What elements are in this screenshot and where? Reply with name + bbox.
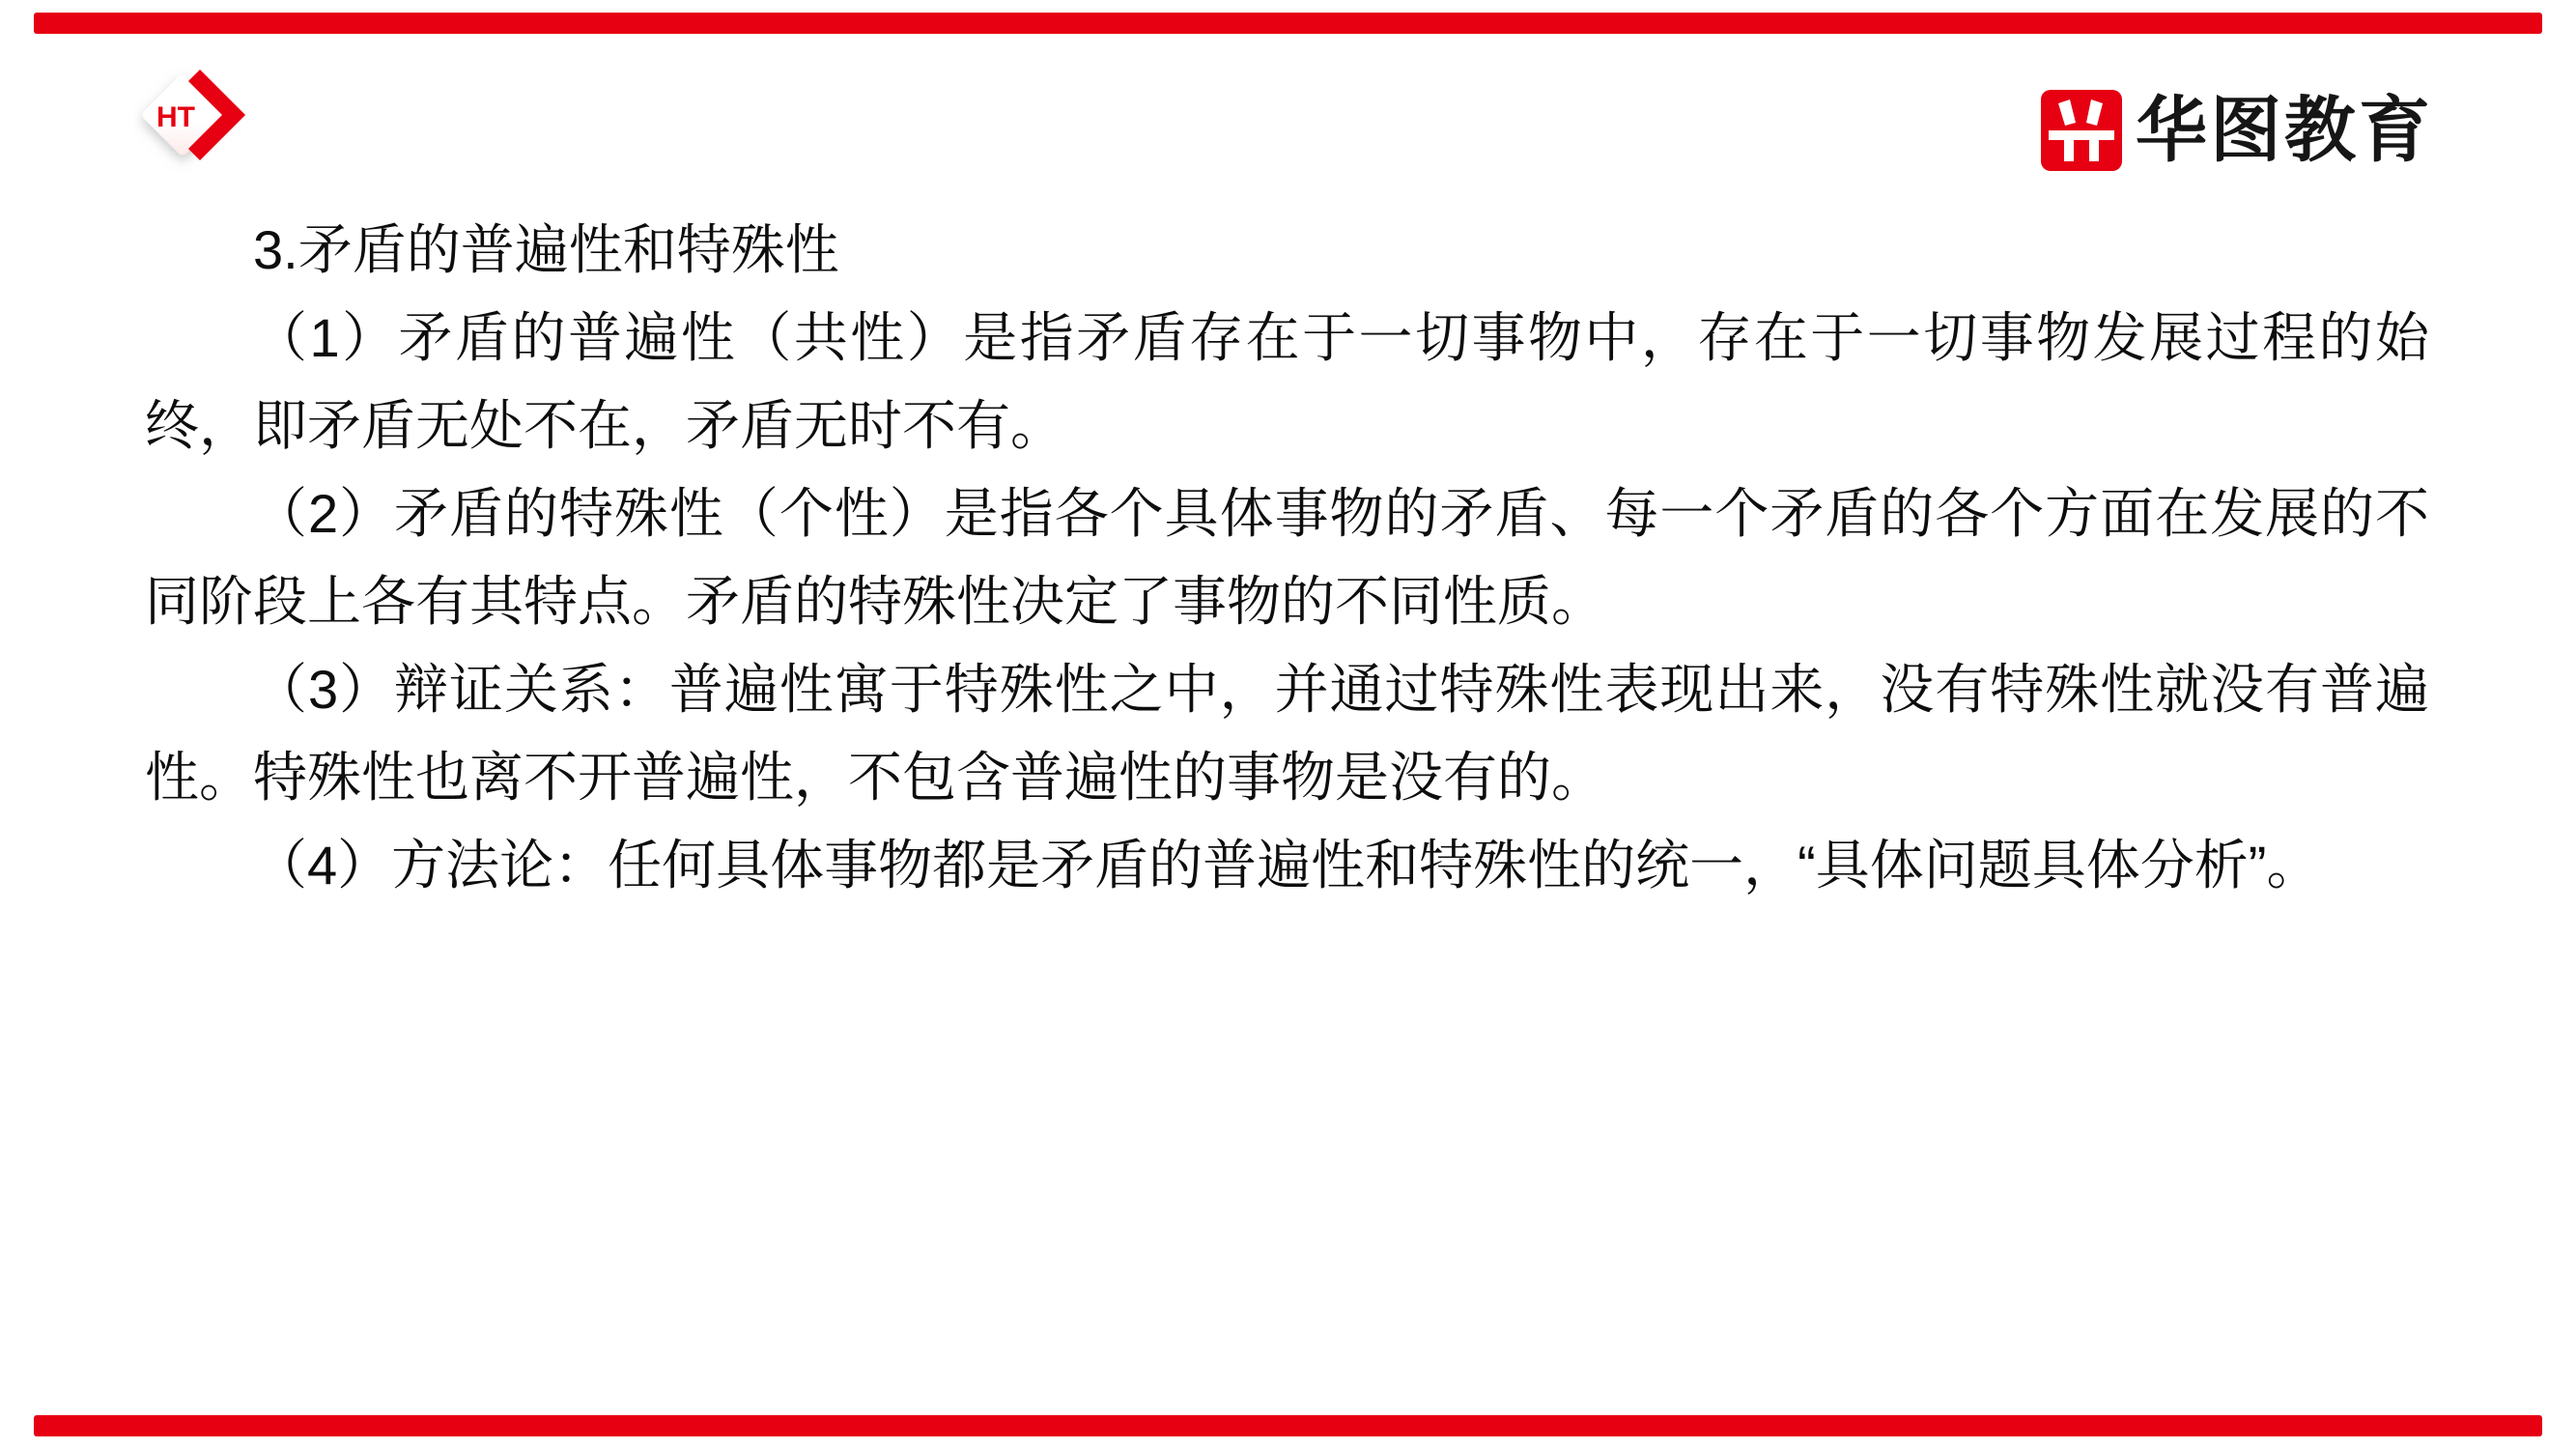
brand-wordmark: 华图教育 (2136, 90, 2433, 171)
paragraph-dialectical-relation: （3）辩证关系：普遍性寓于特殊性之中，并通过特殊性表现出来，没有特殊性就没有普遍… (145, 645, 2429, 821)
ht-logo: HT (133, 68, 249, 176)
top-accent-bar (34, 13, 2542, 34)
ht-logo-letters: HT (156, 101, 195, 133)
paragraph-methodology: （4）方法论：任何具体事物都是矛盾的普遍性和特殊性的统一，“具体问题具体分析”。 (145, 821, 2429, 909)
paragraph-universality: （1）矛盾的普遍性（共性）是指矛盾存在于一切事物中，存在于一切事物发展过程的始终… (145, 294, 2429, 469)
brand-logo: 华图教育 (2041, 89, 2433, 172)
slide-content: 3.矛盾的普遍性和特殊性 （1）矛盾的普遍性（共性）是指矛盾存在于一切事物中，存… (145, 206, 2429, 909)
paragraph-particularity: （2）矛盾的特殊性（个性）是指各个具体事物的矛盾、每一个矛盾的各个方面在发展的不… (145, 469, 2429, 645)
slide-title: 3.矛盾的普遍性和特殊性 (145, 206, 2429, 294)
slide-canvas: HT 华图教育 3.矛盾的普遍性和特殊性 （1）矛盾的普遍性（共性）是 (0, 0, 2576, 1449)
ht-diamond-icon: HT (133, 68, 249, 176)
bottom-accent-bar (34, 1415, 2542, 1436)
huatu-hua-icon (2041, 90, 2122, 171)
